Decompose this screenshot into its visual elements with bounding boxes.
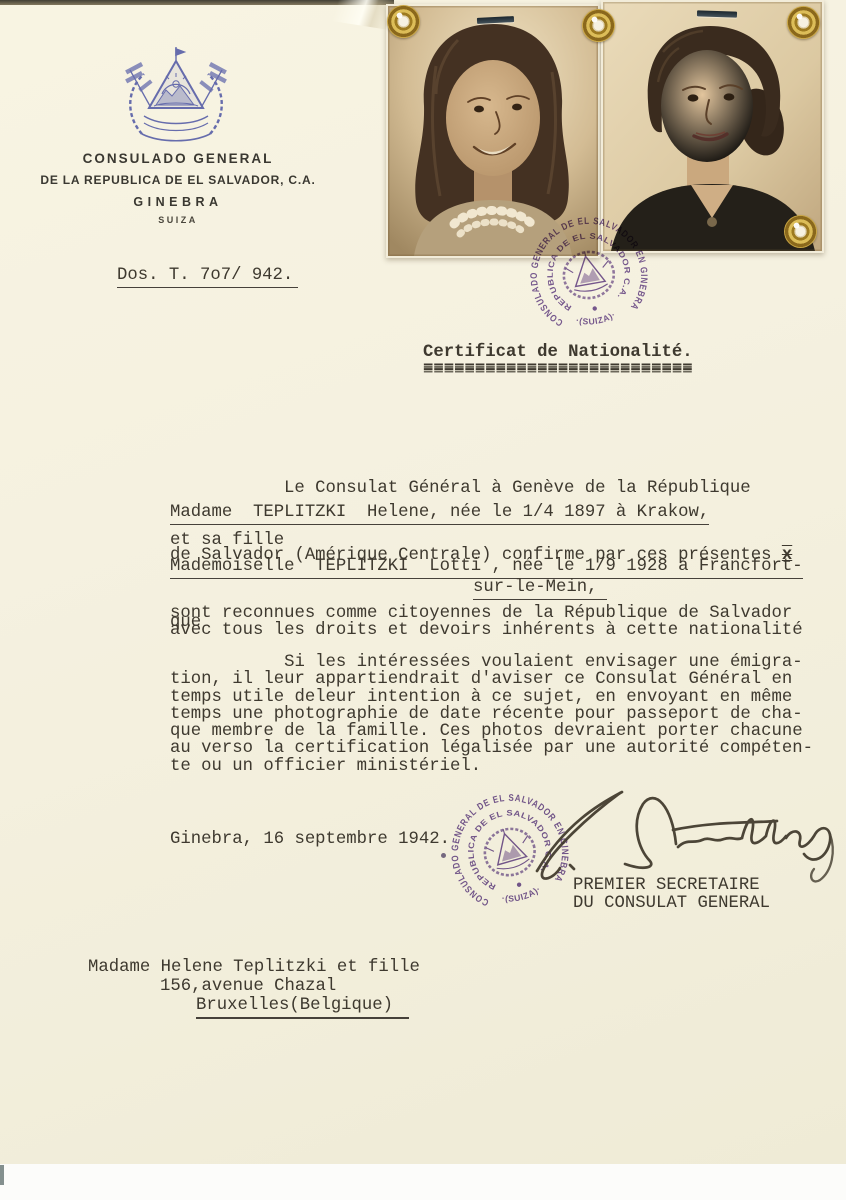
address-line2: 156,avenue Chazal	[160, 977, 336, 996]
name-line-connector: et sa fille	[170, 531, 284, 550]
name-line-daughter: Mademoiselle TEPLITZKI Lotti , née le 1/…	[170, 557, 803, 576]
scanned-certificate-page: CONSULADO GENERAL DE LA REPUBLICA DE EL …	[0, 0, 846, 1200]
recognition-paragraph: sont reconnues comme citoyennes de la Ré…	[170, 605, 803, 640]
letterhead-org-line1: CONSULADO GENERAL	[35, 151, 321, 166]
brass-eyelet-icon	[582, 9, 615, 42]
svg-text:CONSULADO GENERAL DE EL SALVAD: CONSULADO GENERAL DE EL SALVADOR EN GINE…	[519, 206, 656, 331]
name-line-mother: Madame TEPLITZKI Helene, née le 1/4 1897…	[170, 503, 709, 522]
stamp-bottom-text: ·(SUIZA)·	[574, 308, 619, 329]
letterhead-country: SUIZA	[35, 215, 321, 225]
letterhead-city: GINEBRA	[35, 195, 321, 209]
consulate-round-stamp-top: CONSULADO GENERAL DE EL SALVADOR EN GINE…	[511, 198, 666, 353]
address-line3: Bruxelles(Belgique)	[196, 996, 409, 1015]
el-salvador-coat-of-arms-icon	[118, 44, 234, 150]
letterhead: CONSULADO GENERAL DE LA REPUBLICA DE EL …	[35, 151, 321, 225]
letterhead-org-line2: DE LA REPUBLICA DE EL SALVADOR, C.A.	[35, 173, 321, 187]
brass-eyelet-icon	[784, 215, 817, 248]
brass-eyelet-icon	[787, 6, 820, 39]
intro-line1: Le Consulat Général à Genève de la Répub…	[284, 478, 792, 500]
svg-text:·(SUIZA)·: ·(SUIZA)·	[574, 308, 619, 329]
address-line1: Madame Helene Teplitzki et fille	[88, 958, 420, 977]
ink-dot	[441, 853, 446, 858]
scan-artifact	[0, 1165, 4, 1185]
scanner-background-strip	[0, 1164, 846, 1200]
handwritten-signature-icon	[523, 766, 841, 918]
emigration-paragraph: Si les intéressées voulaient envisager u…	[170, 654, 813, 775]
stamp-outer-text: CONSULADO GENERAL DE EL SALVADOR EN GINE…	[519, 206, 656, 331]
dateline: Ginebra, 16 septembre 1942.	[170, 830, 450, 849]
brass-eyelet-icon	[387, 5, 420, 38]
name-line-daughter-cont: sur-le-Mein,	[473, 578, 607, 597]
title-underline: ==========================	[423, 360, 693, 379]
dossier-number: Dos. T. 7o7/ 942.	[117, 266, 298, 285]
